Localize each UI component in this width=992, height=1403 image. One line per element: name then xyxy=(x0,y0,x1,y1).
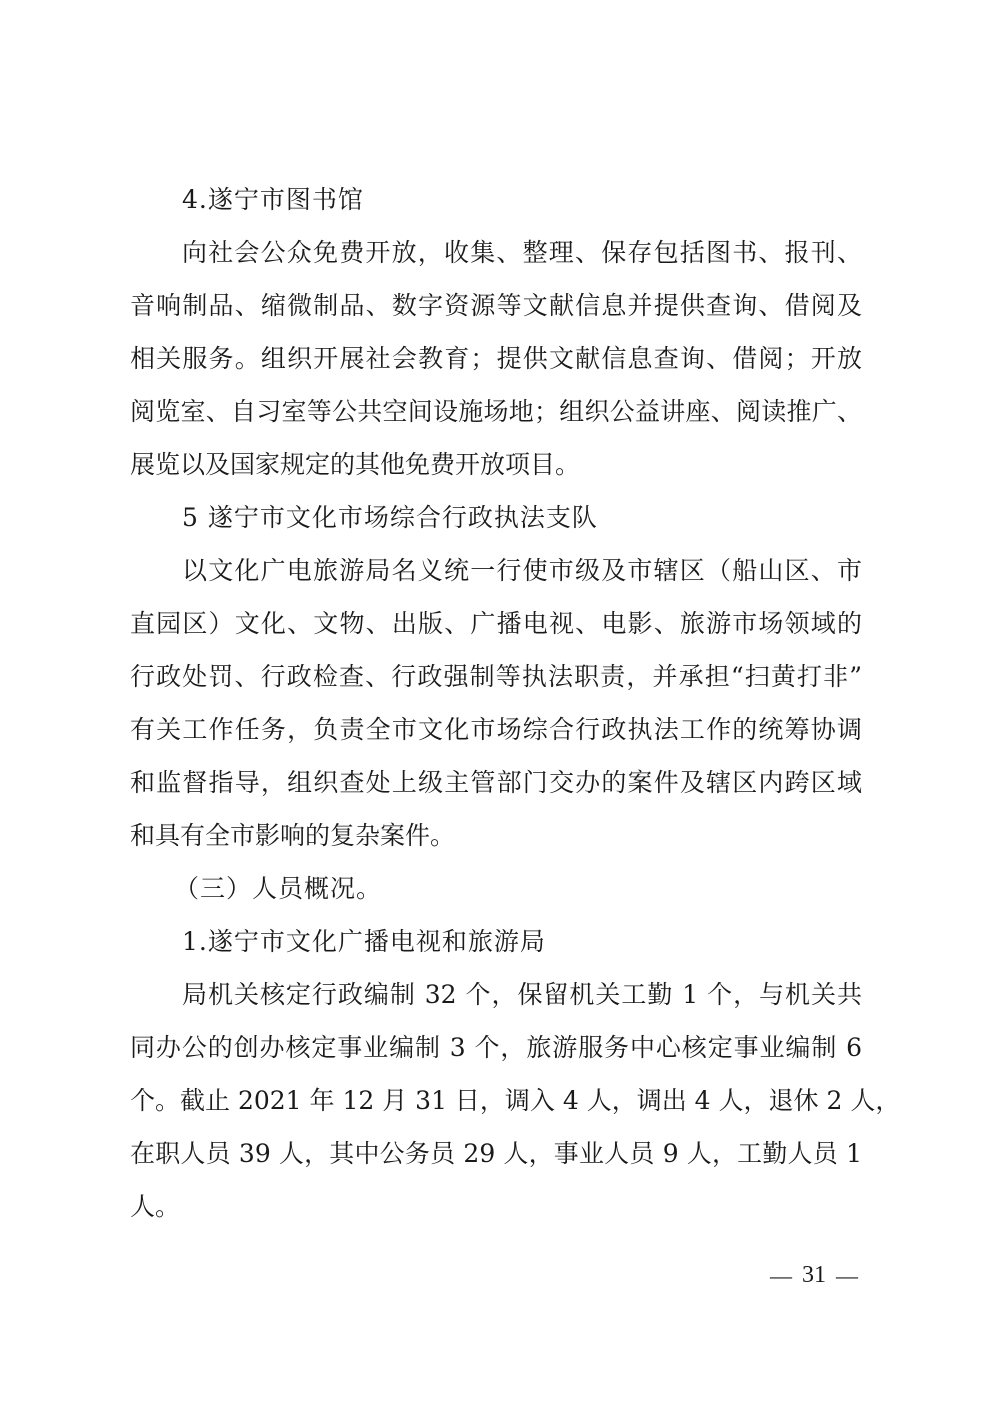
paragraph-line: 以文化广电旅游局名义统一行使市级及市辖区（船山区、市 xyxy=(130,549,862,602)
paragraph-line: 和具有全市影响的复杂案件。 xyxy=(130,814,862,867)
paragraph-line: 阅览室、自习室等公共空间设施场地；组织公益讲座、阅读推广、 xyxy=(130,390,862,443)
paragraph-line: 直园区）文化、文物、出版、广播电视、电影、旅游市场领域的 xyxy=(130,602,862,655)
paragraph-line: 和监督指导，组织查处上级主管部门交办的案件及辖区内跨区域 xyxy=(130,761,862,814)
paragraph-library-duties: 向社会公众免费开放，收集、整理、保存包括图书、报刊、 音响制品、缩微制品、数字资… xyxy=(130,231,862,496)
paragraph-line: 音响制品、缩微制品、数字资源等文献信息并提供查询、借阅及 xyxy=(130,284,862,337)
page-number-value: 31 xyxy=(802,1262,826,1289)
paragraph-line: 同办公的创办核定事业编制 3 个，旅游服务中心核定事业编制 6 xyxy=(130,1026,862,1079)
page-number-dash-left: — xyxy=(770,1263,792,1289)
section-heading-enforcement: 5 遂宁市文化市场综合行政执法支队 xyxy=(130,496,862,549)
section-heading-bureau: 1.遂宁市文化广播电视和旅游局 xyxy=(130,920,862,973)
paragraph-line: 局机关核定行政编制 32 个，保留机关工勤 1 个，与机关共 xyxy=(130,973,862,1026)
paragraph-bureau-staffing: 局机关核定行政编制 32 个，保留机关工勤 1 个，与机关共 同办公的创办核定事… xyxy=(130,973,862,1238)
paragraph-line: 向社会公众免费开放，收集、整理、保存包括图书、报刊、 xyxy=(130,231,862,284)
section-heading-library: 4.遂宁市图书馆 xyxy=(130,178,862,231)
page-number: — 31 — xyxy=(770,1262,870,1289)
paragraph-line: 个。截止 2021 年 12 月 31 日，调入 4 人，调出 4 人，退休 2… xyxy=(130,1079,862,1132)
paragraph-line: 展览以及国家规定的其他免费开放项目。 xyxy=(130,443,862,496)
paragraph-line: 有关工作任务，负责全市文化市场综合行政执法工作的统筹协调 xyxy=(130,708,862,761)
document-page: 4.遂宁市图书馆 向社会公众免费开放，收集、整理、保存包括图书、报刊、 音响制品… xyxy=(130,178,862,1238)
section-heading-personnel: （三）人员概况。 xyxy=(130,867,862,920)
paragraph-line: 人。 xyxy=(130,1185,862,1238)
paragraph-line: 相关服务。组织开展社会教育；提供文献信息查询、借阅；开放 xyxy=(130,337,862,390)
paragraph-line: 行政处罚、行政检查、行政强制等执法职责，并承担“扫黄打非” xyxy=(130,655,862,708)
page-number-dash-right: — xyxy=(836,1263,858,1289)
paragraph-line: 在职人员 39 人，其中公务员 29 人，事业人员 9 人，工勤人员 1 xyxy=(130,1132,862,1185)
paragraph-enforcement-duties: 以文化广电旅游局名义统一行使市级及市辖区（船山区、市 直园区）文化、文物、出版、… xyxy=(130,549,862,867)
